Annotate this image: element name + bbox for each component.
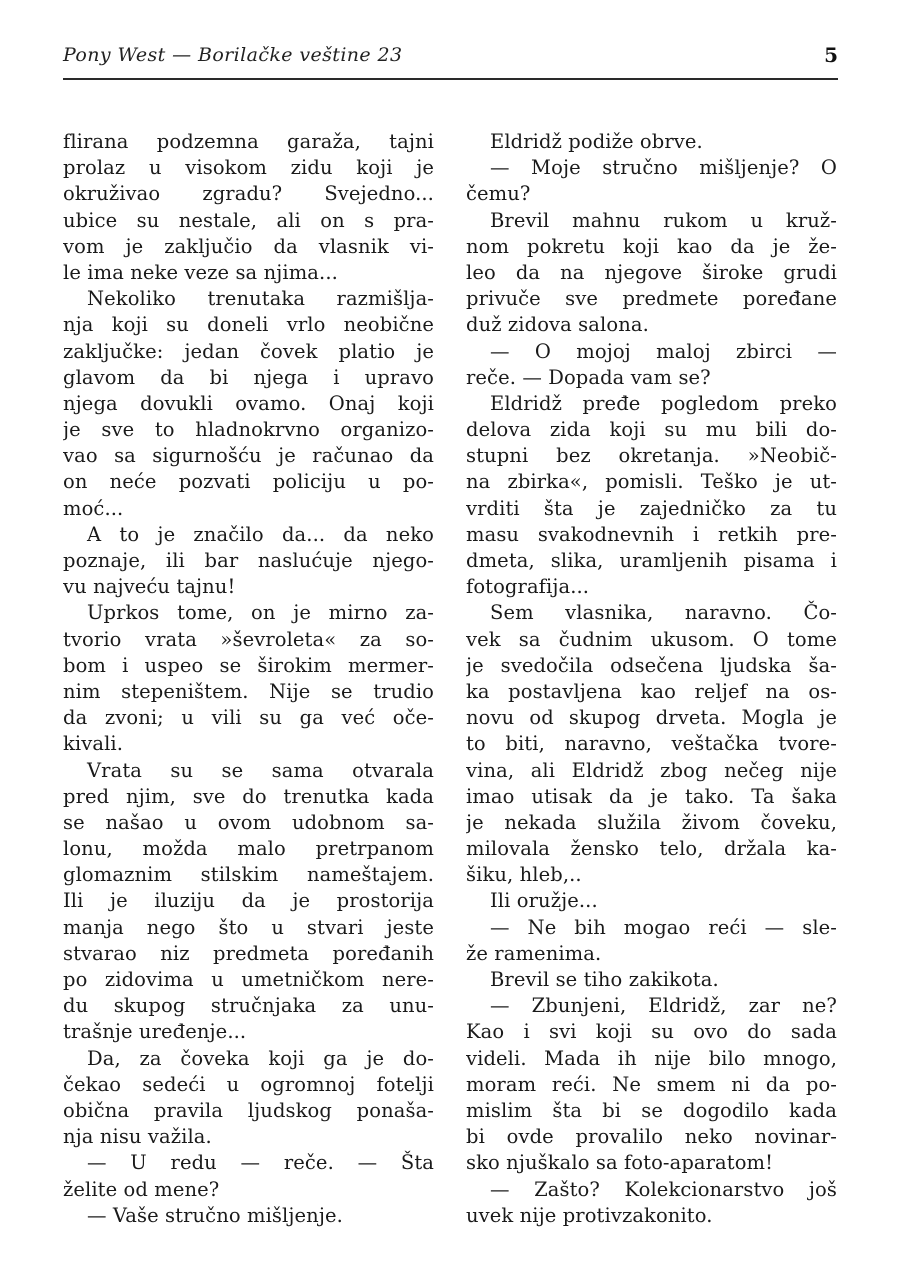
text-line: to biti, naravno, veštačka tvore- xyxy=(466,731,837,757)
text-line: mislim šta bi se dogodilo kada xyxy=(466,1098,837,1124)
text-line: — Ne bih mogao reći — sle- xyxy=(466,915,837,941)
text-line: okruživao zgradu? Svejedno... xyxy=(63,181,434,207)
text-line: ubice su nestale, ali on s pra- xyxy=(63,208,434,234)
text-line: — O mojoj maloj zbirci — xyxy=(466,339,837,365)
text-line: vu najveću tajnu! xyxy=(63,574,434,600)
text-line: je svedočila odsečena ljudska ša- xyxy=(466,653,837,679)
text-line: prolaz u visokom zidu koji je xyxy=(63,155,434,181)
text-line: masu svakodnevnih i retkih pre- xyxy=(466,522,837,548)
header-rule xyxy=(63,78,838,80)
text-line: reče. — Dopada vam se? xyxy=(466,365,837,391)
text-line: videli. Mada ih nije bilo mnogo, xyxy=(466,1046,837,1072)
text-line: njega dovukli ovamo. Onaj koji xyxy=(63,391,434,417)
text-line: A to je značilo da... da neko xyxy=(63,522,434,548)
text-line: že ramenima. xyxy=(466,941,837,967)
text-line: leo da na njegove široke grudi xyxy=(466,260,837,286)
text-line: milovala žensko telo, držala ka- xyxy=(466,836,837,862)
text-line: ka postavljena kao reljef na os- xyxy=(466,679,837,705)
text-line: obična pravila ljudskog ponaša- xyxy=(63,1098,434,1124)
text-line: na zbirka«, pomisli. Teško je ut- xyxy=(466,469,837,495)
text-line: flirana podzemna garaža, tajni xyxy=(63,129,434,155)
text-line: privuče sve predmete poređane xyxy=(466,286,837,312)
text-line: po zidovima u umetničkom nere- xyxy=(63,967,434,993)
text-line: nim stepeništem. Nije se trudio xyxy=(63,679,434,705)
text-line: vek sa čudnim ukusom. O tome xyxy=(466,627,837,653)
text-line: Brevil se tiho zakikota. xyxy=(466,967,837,993)
text-line: — U redu — reče. — Šta xyxy=(63,1150,434,1176)
book-page: Pony West — Borilačke veštine 23 5 flira… xyxy=(0,0,900,1268)
text-line: Kao i svi koji su ovo do sada xyxy=(466,1019,837,1045)
text-line: glomaznim stilskim nameštajem. xyxy=(63,862,434,888)
text-line: Vrata su se sama otvarala xyxy=(63,758,434,784)
text-line: je sve to hladnokrvno organizo- xyxy=(63,417,434,443)
left-text-column: flirana podzemna garaža, tajniprolaz u v… xyxy=(63,129,434,1229)
text-line: trašnje uređenje... xyxy=(63,1019,434,1045)
text-line: moć... xyxy=(63,496,434,522)
text-line: — Moje stručno mišljenje? O xyxy=(466,155,837,181)
right-text-column: Eldridž podiže obrve.— Moje stručno mišl… xyxy=(466,129,837,1229)
text-line: zaključke: jedan čovek platio je xyxy=(63,339,434,365)
text-line: — Zašto? Kolekcionarstvo još xyxy=(466,1177,837,1203)
text-line: Brevil mahnu rukom u kruž- xyxy=(466,208,837,234)
text-line: — Vaše stručno mišljenje. xyxy=(63,1203,434,1229)
text-line: manja nego što u stvari jeste xyxy=(63,915,434,941)
text-line: bi ovde provalilo neko novinar- xyxy=(466,1124,837,1150)
text-line: vom je zaključio da vlasnik vi- xyxy=(63,234,434,260)
text-line: on neće pozvati policiju u po- xyxy=(63,469,434,495)
text-line: bom i uspeo se širokim mermer- xyxy=(63,653,434,679)
running-head: Pony West — Borilačke veštine 23 5 xyxy=(63,38,838,72)
text-line: Sem vlasnika, naravno. Čo- xyxy=(466,600,837,626)
text-line: se našao u ovom udobnom sa- xyxy=(63,810,434,836)
text-line: le ima neke veze sa njima... xyxy=(63,260,434,286)
text-line: Da, za čoveka koji ga je do- xyxy=(63,1046,434,1072)
text-line: Eldridž podiže obrve. xyxy=(466,129,837,155)
text-line: fotografija... xyxy=(466,574,837,600)
text-line: vina, ali Eldridž zbog nečeg nije xyxy=(466,758,837,784)
text-line: du skupog stručnjaka za unu- xyxy=(63,993,434,1019)
text-line: poznaje, ili bar naslućuje njego- xyxy=(63,548,434,574)
text-line: tvorio vrata »ševroleta« za so- xyxy=(63,627,434,653)
text-line: čekao sedeći u ogromnoj fotelji xyxy=(63,1072,434,1098)
text-line: je nekada služila živom čoveku, xyxy=(466,810,837,836)
text-line: moram reći. Ne smem ni da po- xyxy=(466,1072,837,1098)
text-line: imao utisak da je tako. Ta šaka xyxy=(466,784,837,810)
text-line: pred njim, sve do trenutka kada xyxy=(63,784,434,810)
text-line: Ili oružje... xyxy=(466,888,837,914)
text-line: nja nisu važila. xyxy=(63,1124,434,1150)
text-line: uvek nije protivzakonito. xyxy=(466,1203,837,1229)
page-number: 5 xyxy=(824,43,838,67)
text-line: novu od skupog drveta. Mogla je xyxy=(466,705,837,731)
text-line: Nekoliko trenutaka razmišlja- xyxy=(63,286,434,312)
text-line: nom pokretu koji kao da je že- xyxy=(466,234,837,260)
text-line: duž zidova salona. xyxy=(466,312,837,338)
running-title: Pony West — Borilačke veštine 23 xyxy=(63,44,403,66)
text-line: Uprkos tome, on je mirno za- xyxy=(63,600,434,626)
text-line: dmeta, slika, uramljenih pisama i xyxy=(466,548,837,574)
text-line: želite od mene? xyxy=(63,1177,434,1203)
text-line: vao sa sigurnošću je računao da xyxy=(63,443,434,469)
text-line: — Zbunjeni, Eldridž, zar ne? xyxy=(466,993,837,1019)
text-line: glavom da bi njega i upravo xyxy=(63,365,434,391)
text-line: stupni bez okretanja. »Neobič- xyxy=(466,443,837,469)
text-line: sko njuškalo sa foto-aparatom! xyxy=(466,1150,837,1176)
text-line: lonu, možda malo pretrpanom xyxy=(63,836,434,862)
text-line: Eldridž pređe pogledom preko xyxy=(466,391,837,417)
text-line: stvarao niz predmeta poređanih xyxy=(63,941,434,967)
text-line: delova zida koji su mu bili do- xyxy=(466,417,837,443)
text-line: šiku, hleb,.. xyxy=(466,862,837,888)
text-line: kivali. xyxy=(63,731,434,757)
text-line: Ili je iluziju da je prostorija xyxy=(63,888,434,914)
text-line: čemu? xyxy=(466,181,837,207)
text-line: vrditi šta je zajedničko za tu xyxy=(466,496,837,522)
text-line: nja koji su doneli vrlo neobične xyxy=(63,312,434,338)
text-line: da zvoni; u vili su ga već oče- xyxy=(63,705,434,731)
